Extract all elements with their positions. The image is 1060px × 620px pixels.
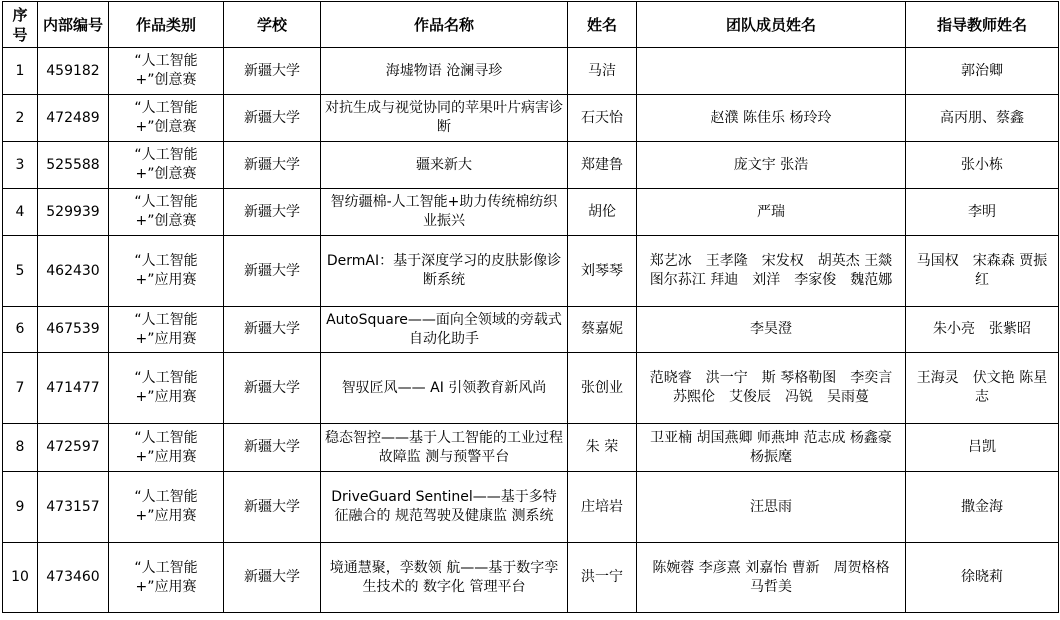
header-advisor: 指导教师姓名 xyxy=(906,2,1059,48)
cell-id: 459182 xyxy=(38,48,109,95)
cell-title: DriveGuard Sentinel——基于多特征融合的 规范驾驶及健康监 测… xyxy=(321,472,568,543)
cell-id: 471477 xyxy=(38,353,109,424)
cell-team: 庞文宇 张浩 xyxy=(637,142,906,189)
cell-team: 卫亚楠 胡国燕卿 师燕坤 范志成 杨鑫豪 杨振麾 xyxy=(637,424,906,472)
header-id: 内部编号 xyxy=(38,2,109,48)
table-row: 8472597“人工智能+”应用赛新疆大学稳态智控——基于人工智能的工业过程故障… xyxy=(3,424,1059,472)
cell-no: 10 xyxy=(3,543,38,613)
cell-title: 智纺疆棉-人工智能+助力传统棉纺织业振兴 xyxy=(321,189,568,236)
table-row: 9473157“人工智能+”应用赛新疆大学DriveGuard Sentinel… xyxy=(3,472,1059,543)
cell-advisor: 徐晓莉 xyxy=(906,543,1059,613)
cell-no: 5 xyxy=(3,236,38,307)
header-team: 团队成员姓名 xyxy=(637,2,906,48)
award-table: 序号 内部编号 作品类别 学校 作品名称 姓名 团队成员姓名 指导教师姓名 14… xyxy=(2,1,1059,613)
cell-title: AutoSquare——面向全领域的旁载式自动化助手 xyxy=(321,307,568,353)
cell-id: 525588 xyxy=(38,142,109,189)
cell-advisor: 张小栋 xyxy=(906,142,1059,189)
header-no: 序号 xyxy=(3,2,38,48)
cell-team: 李昊澄 xyxy=(637,307,906,353)
cell-category: “人工智能+”创意赛 xyxy=(109,189,224,236)
cell-name: 刘琴琴 xyxy=(568,236,637,307)
cell-id: 462430 xyxy=(38,236,109,307)
cell-team xyxy=(637,48,906,95)
cell-team: 汪思雨 xyxy=(637,472,906,543)
cell-advisor: 吕凯 xyxy=(906,424,1059,472)
cell-school: 新疆大学 xyxy=(224,472,321,543)
cell-team: 陈婉蓉 李彦熹 刘嘉怡 曹新 周贺格格 马哲美 xyxy=(637,543,906,613)
cell-category: “人工智能+”应用赛 xyxy=(109,424,224,472)
table-row: 10473460“人工智能+”应用赛新疆大学境通慧聚，孪数领 航——基于数字孪生… xyxy=(3,543,1059,613)
cell-name: 张创业 xyxy=(568,353,637,424)
cell-category: “人工智能+”应用赛 xyxy=(109,353,224,424)
cell-advisor: 李明 xyxy=(906,189,1059,236)
cell-advisor: 高丙朋、蔡鑫 xyxy=(906,95,1059,142)
cell-category: “人工智能+”应用赛 xyxy=(109,472,224,543)
cell-id: 472597 xyxy=(38,424,109,472)
cell-school: 新疆大学 xyxy=(224,189,321,236)
table-row: 2472489“人工智能+”创意赛新疆大学对抗生成与视觉协同的苹果叶片病害诊断石… xyxy=(3,95,1059,142)
cell-advisor: 马国权 宋森森 贾振红 xyxy=(906,236,1059,307)
cell-name: 胡伦 xyxy=(568,189,637,236)
cell-id: 473157 xyxy=(38,472,109,543)
cell-no: 7 xyxy=(3,353,38,424)
cell-team: 范晓睿 洪一宁 斯 琴格勒图 李奕言 苏熙伦 艾俊辰 冯锐 吴雨蔓 xyxy=(637,353,906,424)
cell-school: 新疆大学 xyxy=(224,48,321,95)
cell-name: 蔡嘉妮 xyxy=(568,307,637,353)
cell-category: “人工智能+”应用赛 xyxy=(109,236,224,307)
cell-title: 稳态智控——基于人工智能的工业过程故障监 测与预警平台 xyxy=(321,424,568,472)
table-row: 4529939“人工智能+”创意赛新疆大学智纺疆棉-人工智能+助力传统棉纺织业振… xyxy=(3,189,1059,236)
cell-title: 海墟物语 沧澜寻珍 xyxy=(321,48,568,95)
cell-title: 智驭匠风—— AI 引领教育新风尚 xyxy=(321,353,568,424)
header-row: 序号 内部编号 作品类别 学校 作品名称 姓名 团队成员姓名 指导教师姓名 xyxy=(3,2,1059,48)
header-school: 学校 xyxy=(224,2,321,48)
cell-title: 境通慧聚，孪数领 航——基于数字孪生技术的 数字化 管理平台 xyxy=(321,543,568,613)
cell-advisor: 王海灵 伏文艳 陈星志 xyxy=(906,353,1059,424)
cell-advisor: 郭治卿 xyxy=(906,48,1059,95)
cell-id: 529939 xyxy=(38,189,109,236)
table-row: 7471477“人工智能+”应用赛新疆大学智驭匠风—— AI 引领教育新风尚张创… xyxy=(3,353,1059,424)
table-row: 3525588“人工智能+”创意赛新疆大学疆来新大郑建鲁庞文宇 张浩张小栋 xyxy=(3,142,1059,189)
cell-school: 新疆大学 xyxy=(224,307,321,353)
cell-id: 473460 xyxy=(38,543,109,613)
cell-id: 467539 xyxy=(38,307,109,353)
cell-no: 6 xyxy=(3,307,38,353)
cell-name: 庄培岩 xyxy=(568,472,637,543)
cell-no: 2 xyxy=(3,95,38,142)
table-row: 1459182“人工智能+”创意赛新疆大学海墟物语 沧澜寻珍马洁郭治卿 xyxy=(3,48,1059,95)
cell-school: 新疆大学 xyxy=(224,142,321,189)
table-row: 6467539“人工智能+”应用赛新疆大学AutoSquare——面向全领域的旁… xyxy=(3,307,1059,353)
cell-id: 472489 xyxy=(38,95,109,142)
header-category: 作品类别 xyxy=(109,2,224,48)
cell-name: 马洁 xyxy=(568,48,637,95)
cell-team: 郑艺冰 王孝隆 宋发权 胡英杰 王燚 图尔荪江 拜迪 刘洋 李家俊 魏范娜 xyxy=(637,236,906,307)
cell-no: 1 xyxy=(3,48,38,95)
table-row: 5462430“人工智能+”应用赛新疆大学DermAI：基于深度学习的皮肤影像诊… xyxy=(3,236,1059,307)
cell-school: 新疆大学 xyxy=(224,236,321,307)
cell-category: “人工智能+”创意赛 xyxy=(109,48,224,95)
cell-school: 新疆大学 xyxy=(224,353,321,424)
cell-team: 赵濮 陈佳乐 杨玲玲 xyxy=(637,95,906,142)
header-name: 姓名 xyxy=(568,2,637,48)
cell-no: 3 xyxy=(3,142,38,189)
cell-title: 疆来新大 xyxy=(321,142,568,189)
cell-school: 新疆大学 xyxy=(224,95,321,142)
cell-category: “人工智能+”创意赛 xyxy=(109,142,224,189)
cell-category: “人工智能+”应用赛 xyxy=(109,543,224,613)
cell-name: 洪一宁 xyxy=(568,543,637,613)
cell-name: 石天怡 xyxy=(568,95,637,142)
cell-school: 新疆大学 xyxy=(224,543,321,613)
header-title: 作品名称 xyxy=(321,2,568,48)
cell-team: 严瑞 xyxy=(637,189,906,236)
cell-advisor: 撒金海 xyxy=(906,472,1059,543)
cell-category: “人工智能+”应用赛 xyxy=(109,307,224,353)
cell-title: 对抗生成与视觉协同的苹果叶片病害诊断 xyxy=(321,95,568,142)
cell-title: DermAI：基于深度学习的皮肤影像诊断系统 xyxy=(321,236,568,307)
cell-advisor: 朱小亮 张紫昭 xyxy=(906,307,1059,353)
cell-category: “人工智能+”创意赛 xyxy=(109,95,224,142)
cell-name: 朱 荣 xyxy=(568,424,637,472)
cell-no: 4 xyxy=(3,189,38,236)
cell-no: 9 xyxy=(3,472,38,543)
cell-no: 8 xyxy=(3,424,38,472)
cell-school: 新疆大学 xyxy=(224,424,321,472)
cell-name: 郑建鲁 xyxy=(568,142,637,189)
